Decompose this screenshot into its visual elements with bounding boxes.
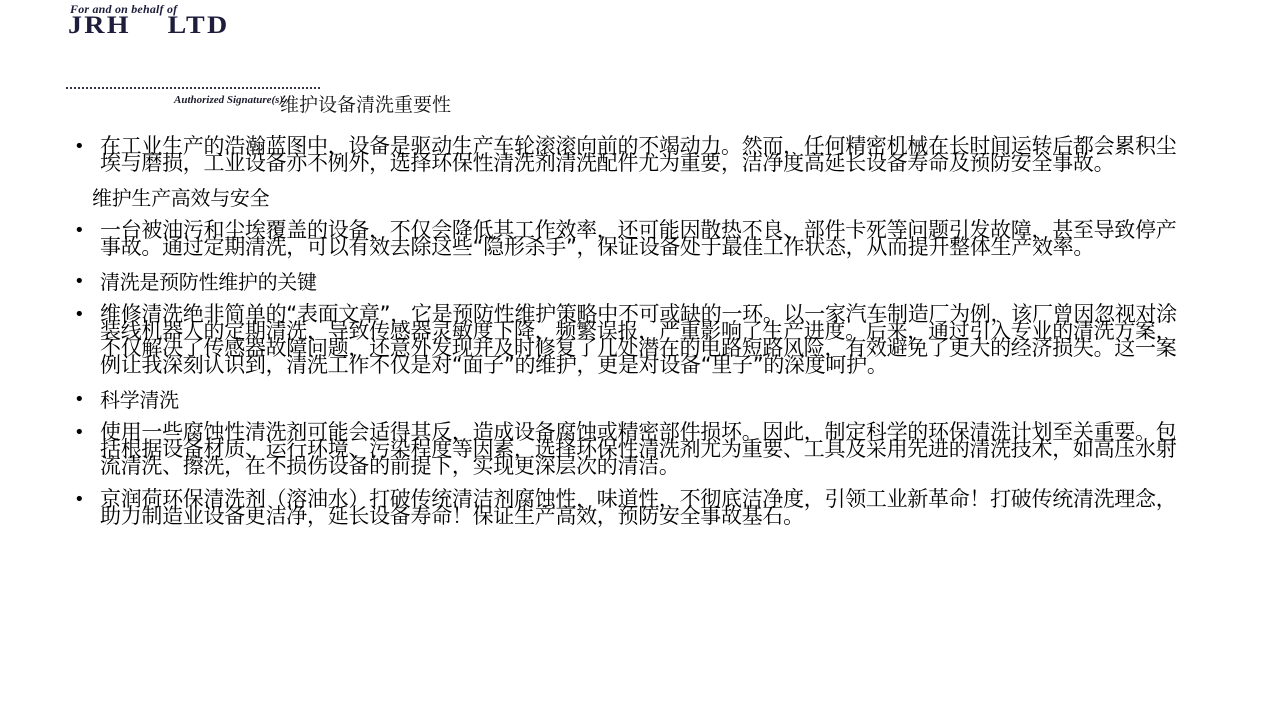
bullet-list: • 在工业生产的浩瀚蓝图中，设备是驱动生产车轮滚滚向前的不竭动力。然而，任何精密… bbox=[74, 138, 1194, 541]
paragraph-text: 京润荷环保清洗剂（溶油水）打破传统清洁剂腐蚀性，味道性，不彻底洁净度，引领工业新… bbox=[100, 491, 1194, 525]
subheading-efficiency-safety: 维护生产高效与安全 bbox=[74, 188, 1194, 208]
bullet-icon: • bbox=[74, 138, 84, 155]
paragraph-text: 在工业生产的浩瀚蓝图中，设备是驱动生产车轮滚滚向前的不竭动力。然而，任何精密机械… bbox=[100, 138, 1194, 172]
signature-company-name: JRH LTD bbox=[68, 12, 229, 40]
bullet-icon: • bbox=[74, 222, 84, 239]
paragraph-intro: • 在工业生产的浩瀚蓝图中，设备是驱动生产车轮滚滚向前的不竭动力。然而，任何精密… bbox=[74, 138, 1194, 172]
paragraph-text: 维修清洗绝非简单的“表面文章”，它是预防性维护策略中不可或缺的一环。以一家汽车制… bbox=[100, 306, 1194, 374]
bullet-text: 科学清洗 bbox=[100, 390, 1194, 410]
bullet-text: 清洗是预防性维护的关键 bbox=[100, 272, 1194, 292]
bullet-scientific-cleaning: • 科学清洗 bbox=[74, 390, 1194, 410]
paragraph-corrosive-agents: • 使用一些腐蚀性清洗剂可能会适得其反，造成设备腐蚀或精密部件损坏。因此，制定科… bbox=[74, 424, 1194, 475]
bullet-icon: • bbox=[74, 306, 84, 323]
signature-caption: Authorized Signature(s) bbox=[174, 94, 283, 106]
bullet-icon: • bbox=[74, 424, 84, 441]
paragraph-text: 使用一些腐蚀性清洗剂可能会适得其反，造成设备腐蚀或精密部件损坏。因此，制定科学的… bbox=[100, 424, 1194, 475]
bullet-icon: • bbox=[74, 390, 84, 410]
bullet-icon: • bbox=[74, 272, 84, 292]
paragraph-product-promo: • 京润荷环保清洗剂（溶油水）打破传统清洁剂腐蚀性，味道性，不彻底洁净度，引领工… bbox=[74, 491, 1194, 525]
paragraph-text: 一台被油污和尘埃覆盖的设备，不仅会降低其工作效率，还可能因散热不良、部件卡死等问… bbox=[100, 222, 1194, 256]
bullet-icon: • bbox=[74, 491, 84, 508]
bullet-preventive-key: • 清洗是预防性维护的关键 bbox=[74, 272, 1194, 292]
signature-dotted-line bbox=[66, 87, 320, 89]
paragraph-case-study: • 维修清洗绝非简单的“表面文章”，它是预防性维护策略中不可或缺的一环。以一家汽… bbox=[74, 306, 1194, 374]
signature-stamp-image: For and on behalf of JRH LTD Authorized … bbox=[66, 0, 326, 112]
subheading-text: 维护生产高效与安全 bbox=[92, 188, 1194, 208]
paragraph-oil-dust: • 一台被油污和尘埃覆盖的设备，不仅会降低其工作效率，还可能因散热不良、部件卡死… bbox=[74, 222, 1194, 256]
